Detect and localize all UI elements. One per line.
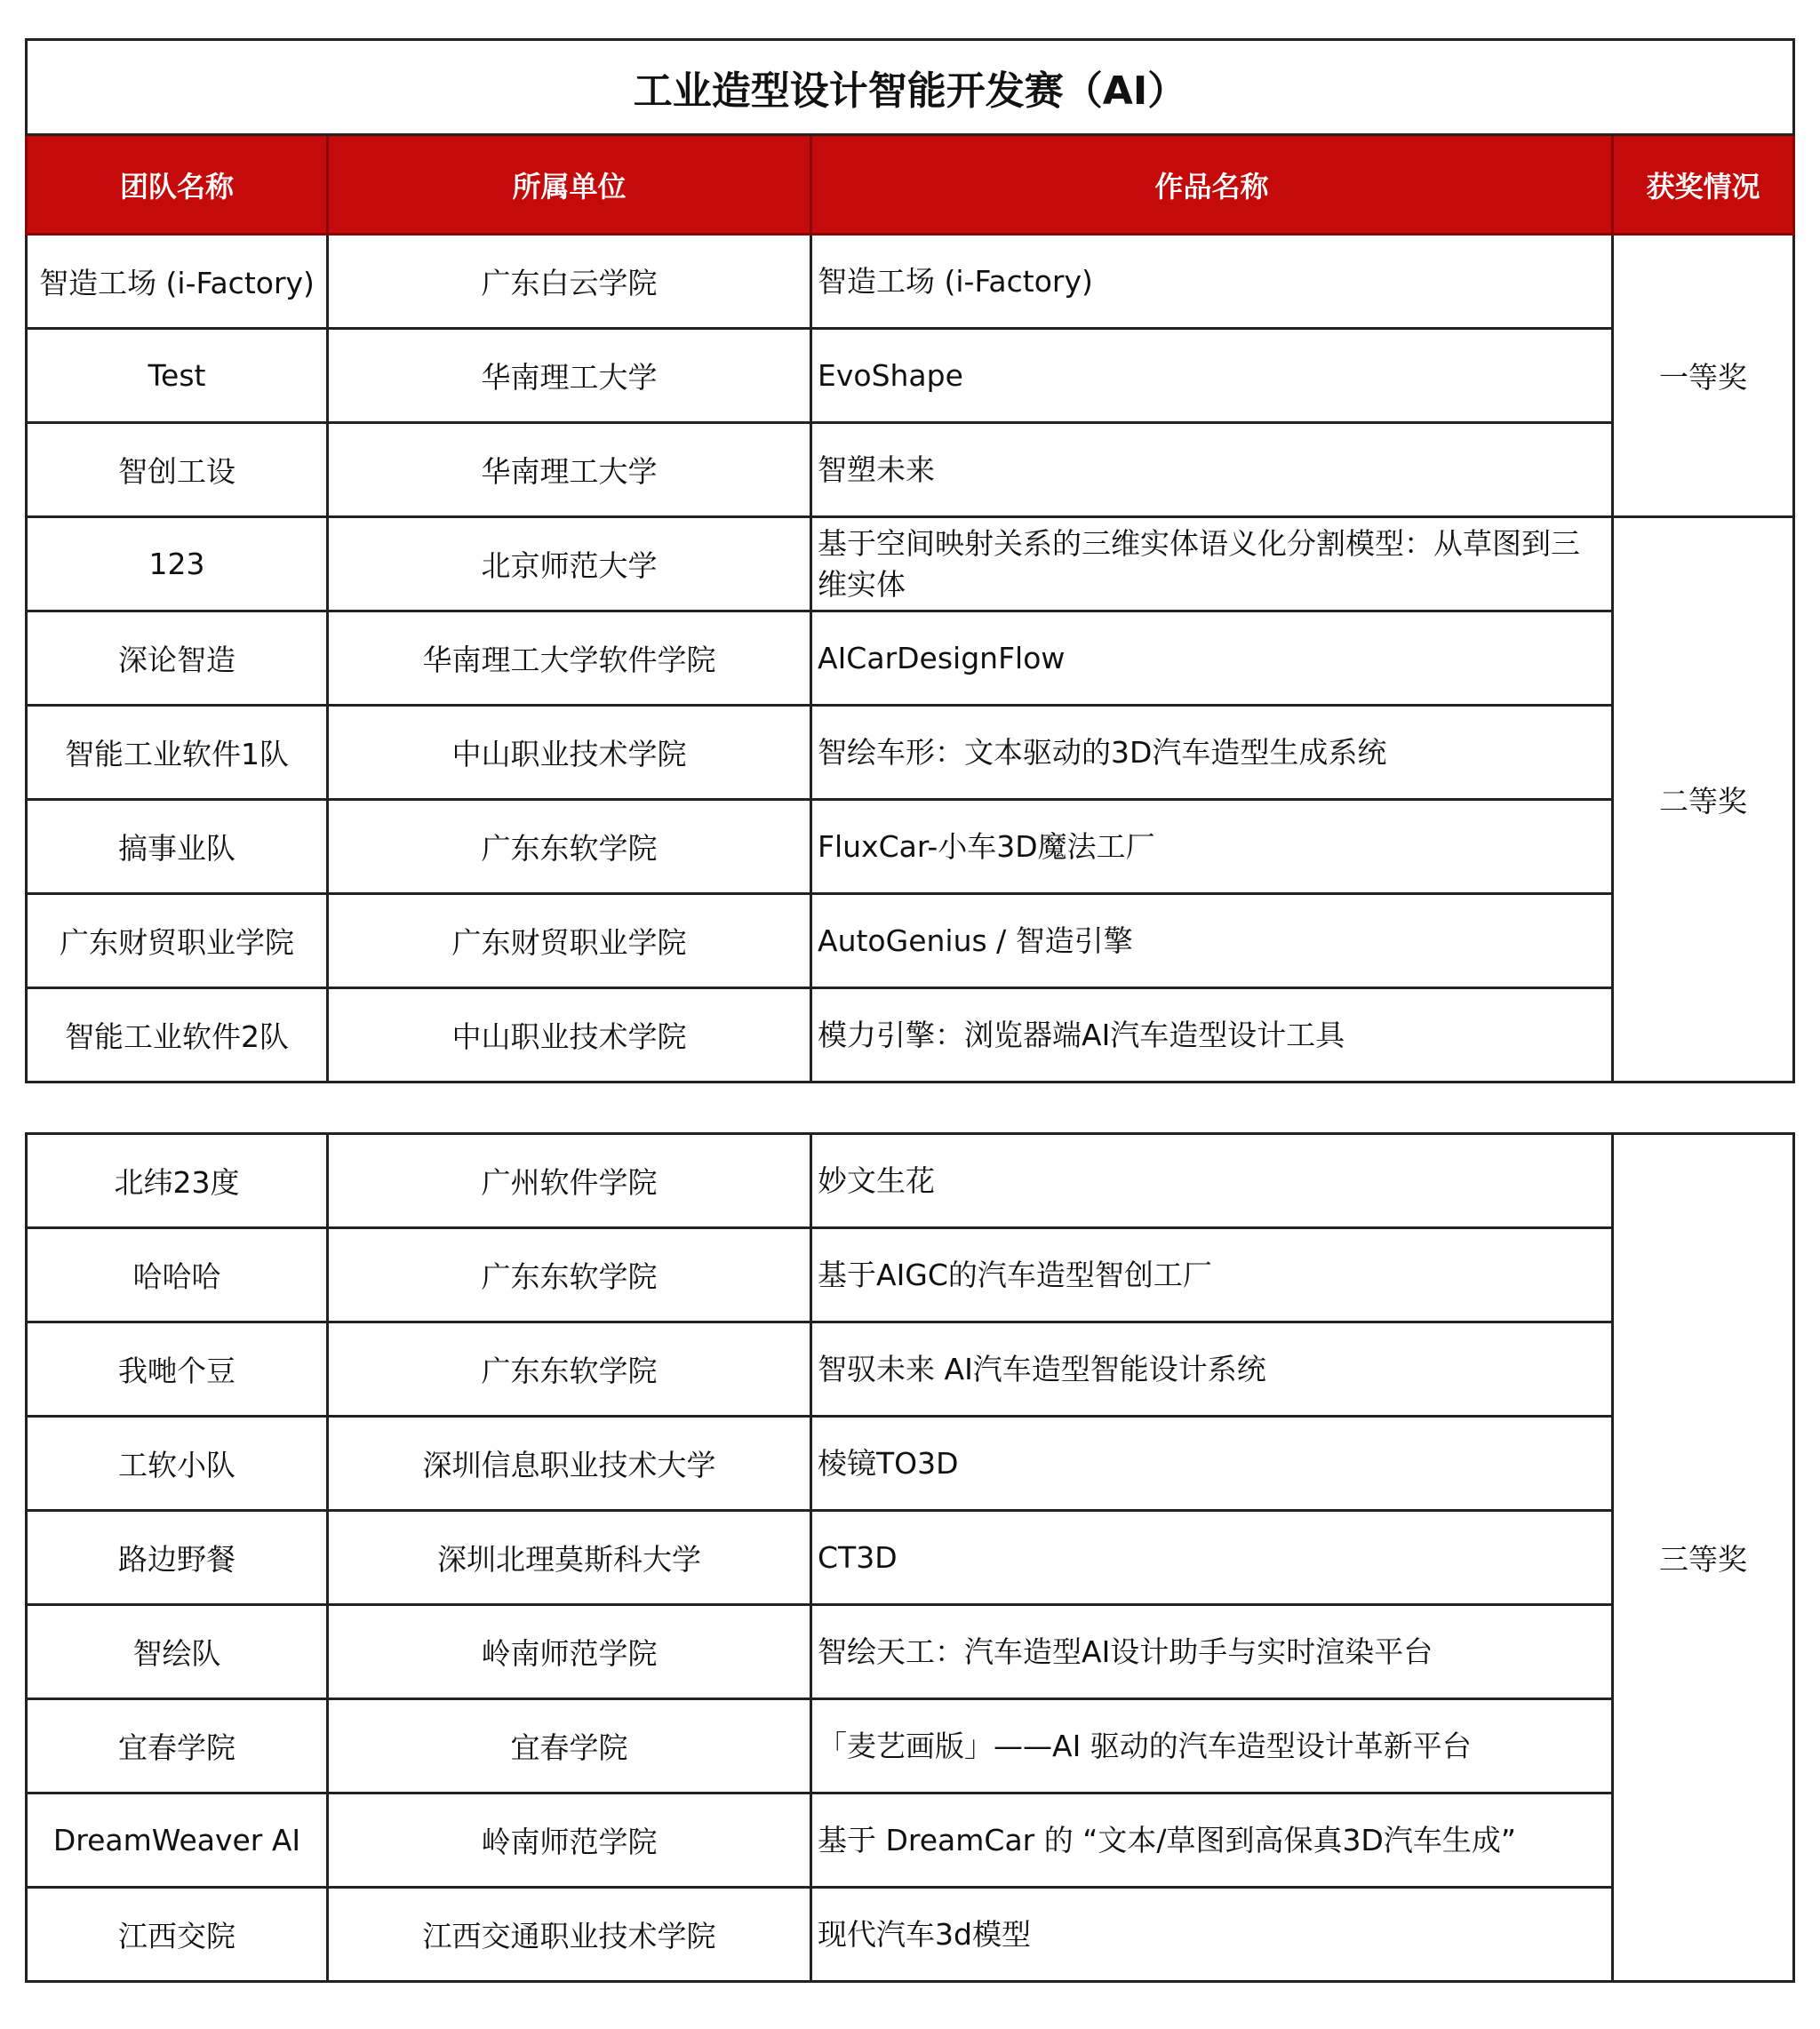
table-row: 哈哈哈 广东东软学院 基于AIGC的汽车造型智创工厂 xyxy=(27,1228,1794,1322)
table-row: 深论智造 华南理工大学软件学院 AICarDesignFlow xyxy=(27,611,1794,706)
unit-cell: 广东财贸职业学院 xyxy=(328,894,811,988)
work-name-cell: 智塑未来 xyxy=(811,423,1613,517)
table-row: 智创工设 华南理工大学 智塑未来 xyxy=(27,423,1794,517)
work-name-cell: 基于AIGC的汽车造型智创工厂 xyxy=(811,1228,1613,1322)
unit-cell: 广东东软学院 xyxy=(328,1322,811,1417)
work-name-cell: AutoGenius / 智造引擎 xyxy=(811,894,1613,988)
team-name-cell: 我哋个豆 xyxy=(27,1322,328,1417)
work-name-cell: 模力引擎：浏览器端AI汽车造型设计工具 xyxy=(811,988,1613,1082)
work-name-cell: FluxCar-小车3D魔法工厂 xyxy=(811,800,1613,894)
column-header-team: 团队名称 xyxy=(27,135,328,235)
team-name-cell: 智能工业软件1队 xyxy=(27,706,328,800)
work-name-cell: 妙文生花 xyxy=(811,1134,1613,1228)
table-row: 智造工场 (i-Factory) 广东白云学院 智造工场 (i-Factory)… xyxy=(27,235,1794,329)
team-name-cell: 工软小队 xyxy=(27,1417,328,1511)
work-name-cell: 智绘车形：文本驱动的3D汽车造型生成系统 xyxy=(811,706,1613,800)
table-row: 路边野餐 深圳北理莫斯科大学 CT3D xyxy=(27,1511,1794,1605)
award-cell-first-prize: 一等奖 xyxy=(1613,235,1794,517)
table-row: DreamWeaver AI 岭南师范学院 基于 DreamCar 的 “文本/… xyxy=(27,1793,1794,1888)
table-row: 我哋个豆 广东东软学院 智驭未来 AI汽车造型智能设计系统 xyxy=(27,1322,1794,1417)
team-name-cell: 智造工场 (i-Factory) xyxy=(27,235,328,329)
team-name-cell: 123 xyxy=(27,517,328,611)
unit-cell: 华南理工大学 xyxy=(328,329,811,423)
work-name-cell: 智造工场 (i-Factory) xyxy=(811,235,1613,329)
table-row: 工软小队 深圳信息职业技术大学 棱镜TO3D xyxy=(27,1417,1794,1511)
award-cell-second-prize: 二等奖 xyxy=(1613,517,1794,1082)
work-name-cell: 现代汽车3d模型 xyxy=(811,1888,1613,1982)
work-name-cell: 智绘天工：汽车造型AI设计助手与实时渲染平台 xyxy=(811,1605,1613,1699)
team-name-cell: 智能工业软件2队 xyxy=(27,988,328,1082)
team-name-cell: 智创工设 xyxy=(27,423,328,517)
column-header-award: 获奖情况 xyxy=(1613,135,1794,235)
unit-cell: 岭南师范学院 xyxy=(328,1605,811,1699)
unit-cell: 北京师范大学 xyxy=(328,517,811,611)
work-name-cell: 基于 DreamCar 的 “文本/草图到高保真3D汽车生成” xyxy=(811,1793,1613,1888)
unit-cell: 岭南师范学院 xyxy=(328,1793,811,1888)
unit-cell: 华南理工大学 xyxy=(328,423,811,517)
unit-cell: 广东东软学院 xyxy=(328,1228,811,1322)
work-name-cell: 棱镜TO3D xyxy=(811,1417,1613,1511)
awards-table-part-1: 工业造型设计智能开发赛（AI） 团队名称 所属单位 作品名称 获奖情况 智造工场… xyxy=(25,38,1795,1083)
team-name-cell: 哈哈哈 xyxy=(27,1228,328,1322)
unit-cell: 深圳信息职业技术大学 xyxy=(328,1417,811,1511)
unit-cell: 华南理工大学软件学院 xyxy=(328,611,811,706)
table-row: 搞事业队 广东东软学院 FluxCar-小车3D魔法工厂 xyxy=(27,800,1794,894)
team-name-cell: 智绘队 xyxy=(27,1605,328,1699)
table-row: 123 北京师范大学 基于空间映射关系的三维实体语义化分割模型：从草图到三维实体… xyxy=(27,517,1794,611)
team-name-cell: 深论智造 xyxy=(27,611,328,706)
table-row: 智能工业软件1队 中山职业技术学院 智绘车形：文本驱动的3D汽车造型生成系统 xyxy=(27,706,1794,800)
team-name-cell: 宜春学院 xyxy=(27,1699,328,1793)
work-name-cell: 基于空间映射关系的三维实体语义化分割模型：从草图到三维实体 xyxy=(811,517,1613,611)
unit-cell: 江西交通职业技术学院 xyxy=(328,1888,811,1982)
award-cell-third-prize: 三等奖 xyxy=(1613,1134,1794,1982)
team-name-cell: 路边野餐 xyxy=(27,1511,328,1605)
team-name-cell: DreamWeaver AI xyxy=(27,1793,328,1888)
table-row: 宜春学院 宜春学院 「麦艺画版」——AI 驱动的汽车造型设计革新平台 xyxy=(27,1699,1794,1793)
team-name-cell: Test xyxy=(27,329,328,423)
unit-cell: 中山职业技术学院 xyxy=(328,706,811,800)
unit-cell: 宜春学院 xyxy=(328,1699,811,1793)
unit-cell: 广州软件学院 xyxy=(328,1134,811,1228)
table-row: Test 华南理工大学 EvoShape xyxy=(27,329,1794,423)
work-name-cell: CT3D xyxy=(811,1511,1613,1605)
table-row: 智绘队 岭南师范学院 智绘天工：汽车造型AI设计助手与实时渲染平台 xyxy=(27,1605,1794,1699)
work-name-cell: EvoShape xyxy=(811,329,1613,423)
unit-cell: 广东东软学院 xyxy=(328,800,811,894)
table-row: 江西交院 江西交通职业技术学院 现代汽车3d模型 xyxy=(27,1888,1794,1982)
awards-table-part-2: 北纬23度 广州软件学院 妙文生花 三等奖 哈哈哈 广东东软学院 基于AIGC的… xyxy=(25,1132,1795,1983)
work-name-cell: 智驭未来 AI汽车造型智能设计系统 xyxy=(811,1322,1613,1417)
table-row: 北纬23度 广州软件学院 妙文生花 三等奖 xyxy=(27,1134,1794,1228)
page-title: 工业造型设计智能开发赛（AI） xyxy=(27,40,1794,135)
team-name-cell: 广东财贸职业学院 xyxy=(27,894,328,988)
column-header-work: 作品名称 xyxy=(811,135,1613,235)
unit-cell: 中山职业技术学院 xyxy=(328,988,811,1082)
work-name-cell: AICarDesignFlow xyxy=(811,611,1613,706)
column-header-unit: 所属单位 xyxy=(328,135,811,235)
table-header-row: 团队名称 所属单位 作品名称 获奖情况 xyxy=(27,135,1794,235)
team-name-cell: 江西交院 xyxy=(27,1888,328,1982)
unit-cell: 深圳北理莫斯科大学 xyxy=(328,1511,811,1605)
work-name-cell: 「麦艺画版」——AI 驱动的汽车造型设计革新平台 xyxy=(811,1699,1613,1793)
table-row: 广东财贸职业学院 广东财贸职业学院 AutoGenius / 智造引擎 xyxy=(27,894,1794,988)
team-name-cell: 北纬23度 xyxy=(27,1134,328,1228)
unit-cell: 广东白云学院 xyxy=(328,235,811,329)
team-name-cell: 搞事业队 xyxy=(27,800,328,894)
table-row: 智能工业软件2队 中山职业技术学院 模力引擎：浏览器端AI汽车造型设计工具 xyxy=(27,988,1794,1082)
